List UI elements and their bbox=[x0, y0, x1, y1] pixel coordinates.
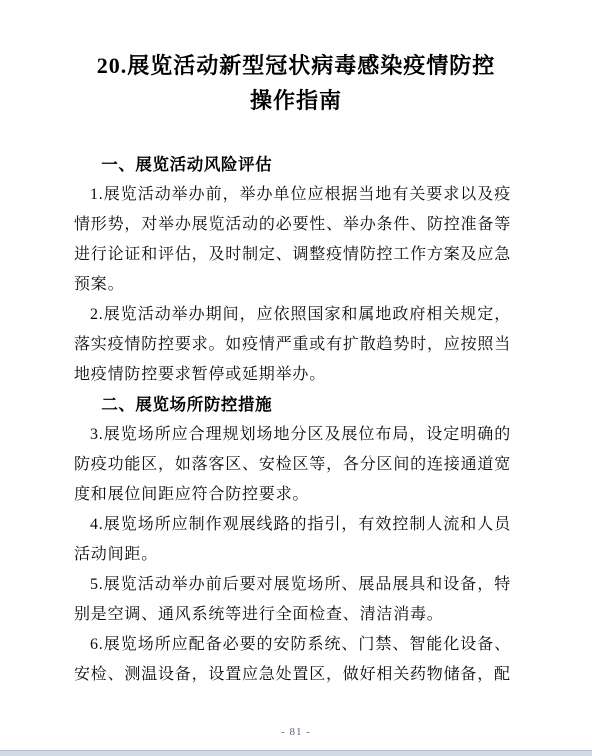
document-page: 20.展览活动新型冠状病毒感染疫情防控 操作指南 一、展览活动风险评估 1.展览… bbox=[0, 0, 592, 756]
section-heading-risk-assessment: 一、展览活动风险评估 bbox=[74, 150, 511, 180]
document-title: 20.展览活动新型冠状病毒感染疫情防控 操作指南 bbox=[0, 0, 592, 118]
section-heading-venue-control-measures: 二、展览场所防控措施 bbox=[74, 390, 511, 420]
body-paragraph-5: 5.展览活动举办前后要对展览场所、展品展具和设备，特别是空调、通风系统等进行全面… bbox=[74, 570, 511, 630]
document-body: 一、展览活动风险评估 1.展览活动举办前，举办单位应根据当地有关要求以及疫情形势… bbox=[74, 150, 511, 690]
document-title-line-1: 20.展览活动新型冠状病毒感染疫情防控 bbox=[40, 48, 552, 83]
body-paragraph-6: 6.展览场所应配备必要的安防系统、门禁、智能化设备、安检、测温设备，设置应急处置… bbox=[74, 630, 511, 690]
page-bottom-edge bbox=[0, 750, 592, 756]
page-number: - 81 - bbox=[281, 726, 311, 738]
document-title-line-2: 操作指南 bbox=[40, 83, 552, 118]
body-paragraph-4: 4.展览场所应制作观展线路的指引，有效控制人流和人员活动间距。 bbox=[74, 510, 511, 570]
page-footer: - 81 - bbox=[0, 726, 592, 738]
body-paragraph-3: 3.展览场所应合理规划场地分区及展位布局，设定明确的防疫功能区，如落客区、安检区… bbox=[74, 420, 511, 510]
body-paragraph-2: 2.展览活动举办期间，应依照国家和属地政府相关规定，落实疫情防控要求。如疫情严重… bbox=[74, 300, 511, 390]
body-paragraph-1: 1.展览活动举办前，举办单位应根据当地有关要求以及疫情形势，对举办展览活动的必要… bbox=[74, 180, 511, 300]
